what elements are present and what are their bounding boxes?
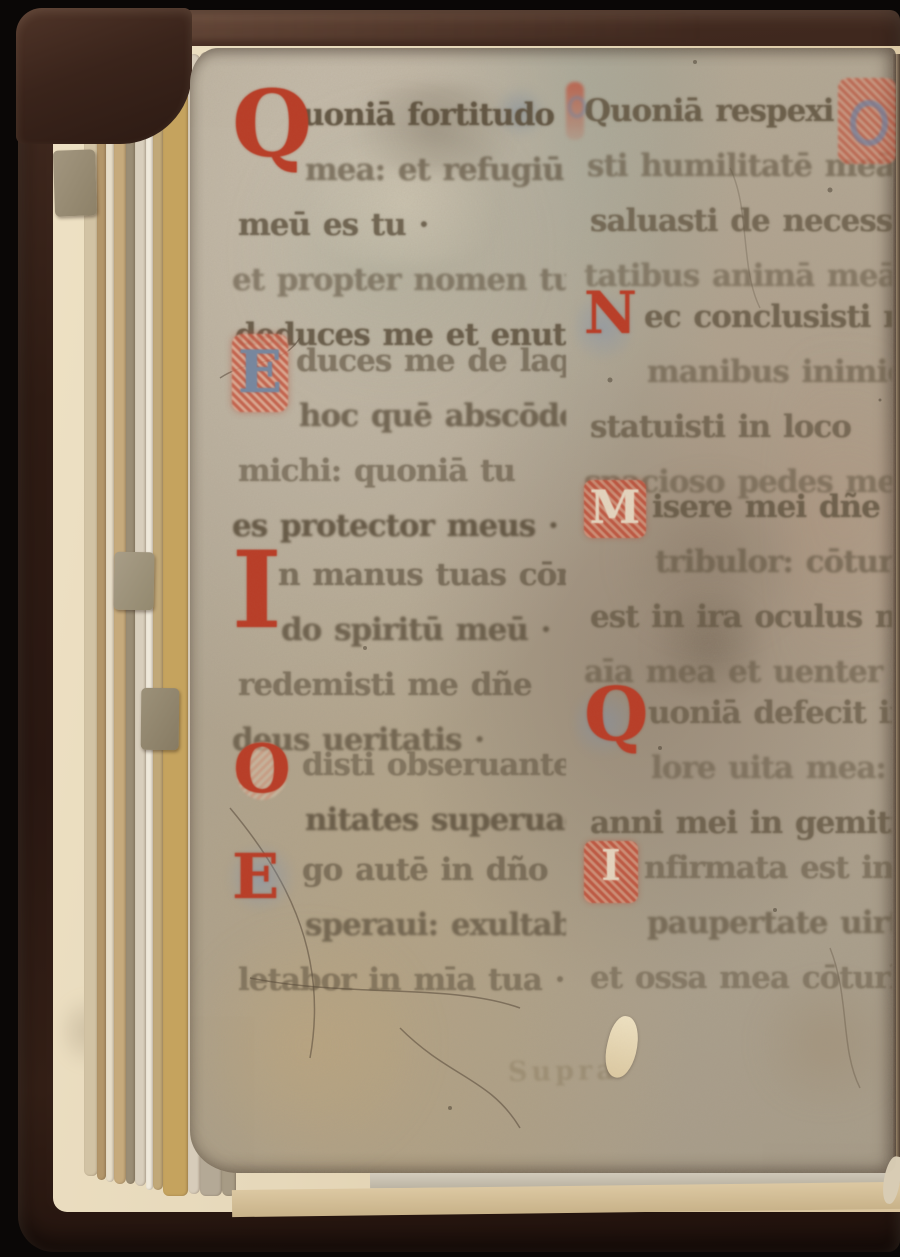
fore-edge-tab: [141, 688, 180, 750]
illuminated-initial: Q: [584, 686, 648, 745]
manuscript-text-line: hoc quē abscōderūt: [299, 389, 566, 444]
manuscript-text-line: nfirmata est in: [644, 841, 892, 896]
manuscript-text-line: paupertate uirtus mea:: [647, 896, 892, 951]
initial-letter: I: [232, 548, 282, 633]
leaf-edge: [126, 92, 135, 1184]
manuscript-text-line: letabor in mīa tua ·: [238, 953, 566, 1008]
psalm-paragraph: Quoniā fortitudomea: et refugiūmeū es tu…: [232, 88, 566, 363]
initial-letter: E: [232, 334, 288, 410]
leaf-edge: [97, 100, 106, 1180]
manuscript-text-line: est in ira oculus meus: [590, 590, 892, 645]
manuscript-text-line: nitates superuacue ·: [305, 793, 566, 848]
penwork-flourish: [566, 82, 584, 140]
leaf-edge: [106, 84, 114, 1182]
illuminated-initial: I: [584, 841, 638, 903]
manuscript-text-line: uoniā defecit in do: [648, 686, 892, 741]
initial-letter: I: [584, 841, 638, 890]
leather-corner: [16, 8, 192, 144]
fore-edge-tab: [113, 552, 154, 611]
fore-edge-tab: [53, 149, 97, 216]
leaf-edge: [114, 72, 126, 1184]
initial-letter: Q: [232, 88, 312, 162]
psalm-paragraph: Nec conclusisti me inmanibus inimici:sta…: [584, 290, 892, 510]
manuscript-text-line: mea: et refugiū: [305, 143, 566, 198]
text-column-right: Quoniā respexisti humilitatē meā:saluast…: [584, 48, 892, 1088]
manuscript-text-line: meū es tu ·: [238, 198, 566, 253]
initial-letter: N: [584, 290, 637, 336]
manuscript-text-line: statuisti in loco: [590, 400, 892, 455]
manuscript-text-line: es protector meus ·: [232, 499, 566, 554]
manuscript-text-line: tribulor: cōturbatus: [655, 535, 892, 590]
manuscript-text-line: lore uita mea: et: [651, 741, 892, 796]
manuscript-text-line: et propter nomen tuū: [232, 253, 566, 308]
illuminated-initial: M: [584, 480, 646, 538]
psalm-paragraph: Ego autē in dñosperaui: exultabo etletab…: [232, 843, 566, 1008]
penwork-ornament: [838, 78, 896, 164]
initial-letter: M: [584, 480, 646, 534]
parchment-page: Quoniā fortitudomea: et refugiūmeū es tu…: [190, 48, 896, 1173]
psalm-paragraph: Odisti obseruantes uanitates superuacue …: [232, 738, 566, 848]
manuscript-text-line: isere mei dñe qm: [652, 480, 892, 535]
manuscript-text-line: go autē in dño: [302, 843, 566, 898]
initial-letter: Q: [584, 686, 648, 745]
manuscript-text-line: speraui: exultabo et: [305, 898, 566, 953]
illuminated-initial: N: [584, 290, 637, 336]
psalm-paragraph: Misere mei dñe qmtribulor: cōturbatusest…: [584, 480, 892, 700]
illuminated-initial: E: [232, 334, 288, 412]
manuscript-text-line: disti obseruantes ua: [302, 738, 566, 793]
manuscript-text-line: ec conclusisti me in: [644, 290, 892, 345]
manuscript-photo: Quoniā fortitudomea: et refugiūmeū es tu…: [0, 0, 900, 1257]
faded-inscription: Supra: [508, 1055, 618, 1088]
manuscript-text-line: n manus tuas cōmen: [278, 548, 566, 603]
illuminated-initial: Q: [232, 88, 312, 162]
leaf-edge: [163, 50, 188, 1196]
psalm-paragraph: Quoniā respexisti humilitatē meā:saluast…: [584, 84, 892, 304]
manuscript-text-line: redemisti me dñe: [238, 658, 566, 713]
text-column-left: Quoniā fortitudomea: et refugiūmeū es tu…: [232, 48, 566, 1088]
manuscript-text-line: et ossa mea cōturbata sūt ·: [590, 951, 892, 1006]
illuminated-initial: O: [232, 738, 292, 804]
manuscript-text-line: uoniā fortitudo: [302, 88, 566, 143]
psalm-paragraph: Quoniā defecit in dolore uita mea: etann…: [584, 686, 892, 851]
manuscript-text-line: manibus inimici:: [647, 345, 892, 400]
manuscript-text-line: duces me de laqueo: [296, 334, 566, 389]
psalm-paragraph: Educes me de laqueohoc quē abscōderūtmic…: [232, 334, 566, 554]
page-edge-shadow: [893, 54, 900, 1166]
manuscript-text-line: do spiritū meū ·: [281, 603, 566, 658]
initial-letter: O: [232, 738, 292, 800]
manuscript-text-line: saluasti de necessi: [590, 194, 892, 249]
illuminated-initial: I: [232, 548, 282, 633]
illuminated-initial: E: [232, 843, 298, 915]
leaf-edge: [84, 132, 98, 1176]
leaf-edge: [153, 58, 163, 1190]
psalm-paragraph: Infirmata est inpaupertate uirtus mea:et…: [584, 841, 892, 1006]
initial-letter: E: [232, 843, 298, 911]
leaf-edge: [146, 74, 153, 1190]
leaf-edge: [135, 64, 146, 1186]
manuscript-text-line: michi: quoniā tu: [238, 444, 566, 499]
